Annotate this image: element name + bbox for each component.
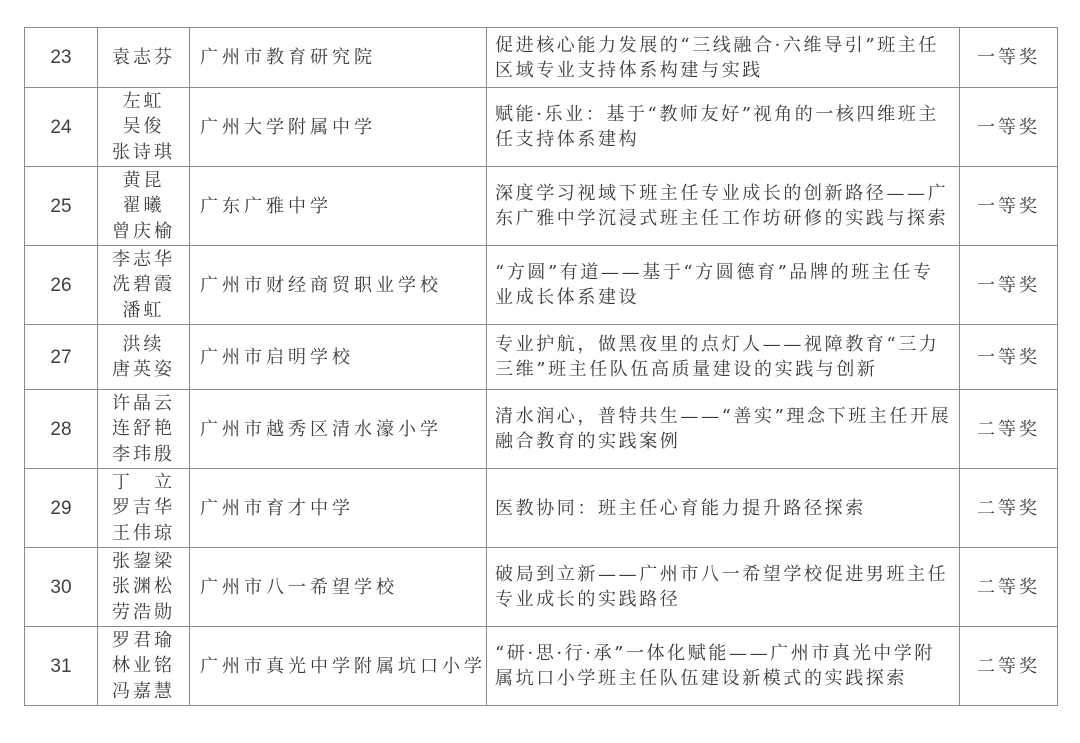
author-name: 袁志芬 xyxy=(98,45,189,71)
row-number-cell: 25 xyxy=(25,167,98,246)
table-row: 24 左虹 吴俊 张诗琪 广州大学附属中学 赋能·乐业：基于“教师友好”视角的一… xyxy=(25,88,1058,167)
row-number-cell: 30 xyxy=(25,548,98,627)
authors-cell: 许晶云 连舒艳 李玮殷 xyxy=(98,390,190,469)
unit-cell: 广州大学附属中学 xyxy=(190,88,487,167)
authors-cell: 洪续 唐英姿 xyxy=(98,325,190,390)
authors-cell: 袁志芬 xyxy=(98,28,190,88)
author-name: 左虹 xyxy=(98,89,189,115)
author-name: 李志华 xyxy=(98,247,189,273)
table-row: 23 袁志芬 广州市教育研究院 促进核心能力发展的“三线融合·六维导引”班主任区… xyxy=(25,28,1058,88)
author-name: 劳浩勋 xyxy=(98,600,189,626)
author-name: 张渊松 xyxy=(98,574,189,600)
title-cell: “方圆”有道——基于“方圆德育”品牌的班主任专业成长体系建设 xyxy=(487,246,960,325)
unit-cell: 广州市越秀区清水濠小学 xyxy=(190,390,487,469)
unit-cell: 广东广雅中学 xyxy=(190,167,487,246)
author-name: 张鋆梁 xyxy=(98,549,189,575)
author-name: 连舒艳 xyxy=(98,416,189,442)
award-cell: 二等奖 xyxy=(960,548,1058,627)
row-number-cell: 24 xyxy=(25,88,98,167)
title-cell: 专业护航，做黑夜里的点灯人——视障教育“三力三维”班主任队伍高质量建设的实践与创… xyxy=(487,325,960,390)
author-name: 王伟琼 xyxy=(98,521,189,547)
row-number-cell: 23 xyxy=(25,28,98,88)
award-cell: 二等奖 xyxy=(960,469,1058,548)
table-row: 30 张鋆梁 张渊松 劳浩勋 广州市八一希望学校 破局到立新——广州市八一希望学… xyxy=(25,548,1058,627)
table-row: 25 黄昆 翟曦 曾庆榆 广东广雅中学 深度学习视域下班主任专业成长的创新路径—… xyxy=(25,167,1058,246)
author-name: 冯嘉慧 xyxy=(98,679,189,705)
table-row: 31 罗君瑜 林业铭 冯嘉慧 广州市真光中学附属坑口小学 “研·思·行·承”一体… xyxy=(25,627,1058,706)
authors-cell: 丁 立 罗吉华 王伟琼 xyxy=(98,469,190,548)
row-number-cell: 27 xyxy=(25,325,98,390)
author-name: 冼碧霞 xyxy=(98,272,189,298)
author-name: 张诗琪 xyxy=(98,140,189,166)
author-name: 李玮殷 xyxy=(98,442,189,468)
award-cell: 一等奖 xyxy=(960,28,1058,88)
author-name: 洪续 xyxy=(98,332,189,358)
title-cell: 深度学习视域下班主任专业成长的创新路径——广东广雅中学沉浸式班主任工作坊研修的实… xyxy=(487,167,960,246)
authors-cell: 黄昆 翟曦 曾庆榆 xyxy=(98,167,190,246)
title-cell: 破局到立新——广州市八一希望学校促进男班主任专业成长的实践路径 xyxy=(487,548,960,627)
authors-cell: 罗君瑜 林业铭 冯嘉慧 xyxy=(98,627,190,706)
award-cell: 一等奖 xyxy=(960,325,1058,390)
award-cell: 一等奖 xyxy=(960,88,1058,167)
author-name: 潘虹 xyxy=(98,298,189,324)
author-name: 黄昆 xyxy=(98,168,189,194)
author-name: 许晶云 xyxy=(98,391,189,417)
award-list-table-container: 23 袁志芬 广州市教育研究院 促进核心能力发展的“三线融合·六维导引”班主任区… xyxy=(24,27,1058,706)
unit-cell: 广州市教育研究院 xyxy=(190,28,487,88)
author-name: 林业铭 xyxy=(98,653,189,679)
authors-cell: 左虹 吴俊 张诗琪 xyxy=(98,88,190,167)
row-number-cell: 29 xyxy=(25,469,98,548)
award-list-table: 23 袁志芬 广州市教育研究院 促进核心能力发展的“三线融合·六维导引”班主任区… xyxy=(24,27,1058,706)
award-cell: 二等奖 xyxy=(960,627,1058,706)
author-name: 丁 立 xyxy=(98,470,189,496)
unit-cell: 广州市财经商贸职业学校 xyxy=(190,246,487,325)
table-row: 28 许晶云 连舒艳 李玮殷 广州市越秀区清水濠小学 清水润心，普特共生——“善… xyxy=(25,390,1058,469)
authors-cell: 李志华 冼碧霞 潘虹 xyxy=(98,246,190,325)
author-name: 罗吉华 xyxy=(98,495,189,521)
award-cell: 一等奖 xyxy=(960,167,1058,246)
title-cell: 清水润心，普特共生——“善实”理念下班主任开展融合教育的实践案例 xyxy=(487,390,960,469)
title-cell: 医教协同：班主任心育能力提升路径探索 xyxy=(487,469,960,548)
author-name: 唐英姿 xyxy=(98,357,189,383)
title-cell: 促进核心能力发展的“三线融合·六维导引”班主任区域专业支持体系构建与实践 xyxy=(487,28,960,88)
row-number-cell: 26 xyxy=(25,246,98,325)
author-name: 吴俊 xyxy=(98,114,189,140)
row-number-cell: 31 xyxy=(25,627,98,706)
table-row: 27 洪续 唐英姿 广州市启明学校 专业护航，做黑夜里的点灯人——视障教育“三力… xyxy=(25,325,1058,390)
unit-cell: 广州市八一希望学校 xyxy=(190,548,487,627)
unit-cell: 广州市育才中学 xyxy=(190,469,487,548)
row-number-cell: 28 xyxy=(25,390,98,469)
title-cell: “研·思·行·承”一体化赋能——广州市真光中学附属坑口小学班主任队伍建设新模式的… xyxy=(487,627,960,706)
unit-cell: 广州市启明学校 xyxy=(190,325,487,390)
author-name: 罗君瑜 xyxy=(98,628,189,654)
award-cell: 二等奖 xyxy=(960,390,1058,469)
unit-cell: 广州市真光中学附属坑口小学 xyxy=(190,627,487,706)
author-name: 曾庆榆 xyxy=(98,219,189,245)
author-name: 翟曦 xyxy=(98,193,189,219)
table-row: 26 李志华 冼碧霞 潘虹 广州市财经商贸职业学校 “方圆”有道——基于“方圆德… xyxy=(25,246,1058,325)
authors-cell: 张鋆梁 张渊松 劳浩勋 xyxy=(98,548,190,627)
title-cell: 赋能·乐业：基于“教师友好”视角的一核四维班主任支持体系建构 xyxy=(487,88,960,167)
award-cell: 一等奖 xyxy=(960,246,1058,325)
table-row: 29 丁 立 罗吉华 王伟琼 广州市育才中学 医教协同：班主任心育能力提升路径探… xyxy=(25,469,1058,548)
